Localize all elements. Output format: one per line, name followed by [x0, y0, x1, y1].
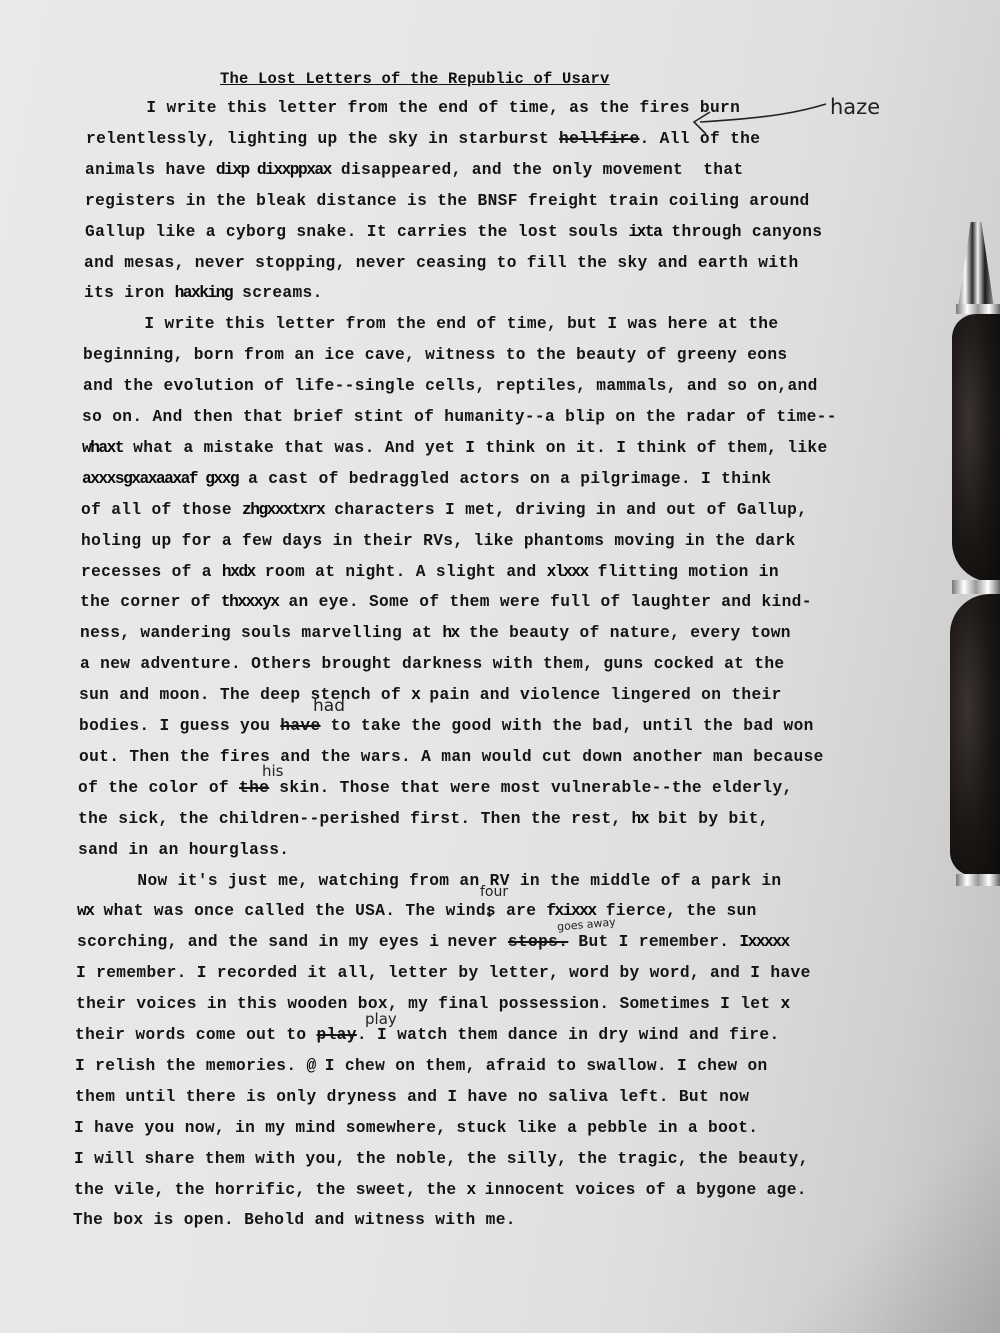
- handwritten-had: had: [313, 696, 345, 716]
- typed-text: . I watch them dance in dry wind and fir…: [357, 1026, 780, 1044]
- typed-text: the beauty of nature, every town: [459, 624, 791, 642]
- typed-text: so on. And then that brief stint of huma…: [82, 408, 837, 426]
- typed-line: The box is open. Behold and witness with…: [73, 1211, 516, 1229]
- typed-line: I have you now, in my mind somewhere, st…: [74, 1119, 758, 1137]
- typed-text: innocent voices of a bygone age.: [475, 1181, 807, 1199]
- struck-word: hellfire: [559, 130, 640, 148]
- typed-text: Now it's just me, watching from an RV in…: [77, 872, 782, 890]
- typed-text: their voices in this wooden box, my fina…: [76, 995, 781, 1013]
- typed-line: sun and moon. The deep stench of x pain …: [79, 686, 782, 704]
- handwritten-his: his: [262, 762, 284, 780]
- typed-text: holing up for a few days in their RVs, l…: [81, 532, 796, 550]
- typed-xout: hx: [442, 624, 458, 642]
- typewritten-letter: The Lost Letters of the Republic of Usar…: [0, 0, 1000, 1333]
- typed-line: out. Then the fires and the wars. A man …: [79, 748, 824, 766]
- typed-line: their words come out to play. I watch th…: [75, 1026, 780, 1044]
- struck-word: stops.: [508, 933, 568, 951]
- typed-line: sand in an hourglass.: [78, 841, 289, 859]
- typed-line: wx what was once called the USA. The win…: [77, 902, 757, 920]
- typed-text: and the evolution of life--single cells,…: [83, 377, 818, 395]
- typed-line: bodies. I guess you have to take the goo…: [79, 717, 814, 735]
- typed-text: of the color of: [78, 779, 239, 797]
- typed-line: relentlessly, lighting up the sky in sta…: [86, 130, 760, 148]
- struck-word: the: [239, 779, 269, 797]
- typed-text: the vile, the horrific, the sweet, the: [74, 1181, 467, 1199]
- struck-word: play: [317, 1026, 357, 1044]
- typed-text: and mesas, never stopping, never ceasing…: [84, 254, 799, 272]
- typed-line: animals have dixp dixxppxax disappeared,…: [85, 161, 743, 179]
- typed-text: sand in an hourglass.: [78, 841, 289, 859]
- typed-text: relentlessly, lighting up the sky in sta…: [86, 130, 559, 148]
- typed-xout: x: [467, 1181, 475, 1199]
- typed-line: and the evolution of life--single cells,…: [83, 377, 818, 395]
- typed-text: to take the good with the bad, until the…: [321, 717, 814, 735]
- typed-line: scorching, and the sand in my eyes i nev…: [77, 933, 789, 951]
- typed-text: disappeared, and the only movement that: [331, 161, 744, 179]
- typed-xout: xlxxx: [547, 563, 588, 581]
- typed-text: their words come out to: [75, 1026, 317, 1044]
- typed-text: the sick, the children--perished first. …: [78, 810, 632, 828]
- typed-line: them until there is only dryness and I h…: [75, 1088, 749, 1106]
- typed-text: its iron: [84, 284, 175, 302]
- typed-line: Now it's just me, watching from an RV in…: [77, 872, 782, 890]
- typed-text: bit by bit,: [648, 810, 769, 828]
- caret-down-icon: ↓: [484, 906, 495, 921]
- typed-xout: axxxsgxaxaaxaf gxxg: [82, 470, 238, 488]
- typed-text: I write this letter from the end of time…: [84, 315, 778, 333]
- typed-text: of all of those: [81, 501, 242, 519]
- typed-xout: wx: [77, 902, 93, 920]
- typed-line: I will share them with you, the noble, t…: [74, 1150, 809, 1168]
- pen-upper-barrel: [952, 314, 1000, 582]
- typed-text: room at night. A slight and: [255, 563, 547, 581]
- typed-xout: @: [306, 1057, 314, 1075]
- typed-text: a new adventure. Others brought darkness…: [80, 655, 785, 673]
- typed-line: Gallup like a cyborg snake. It carries t…: [85, 223, 822, 241]
- typed-xout: hx: [632, 810, 648, 828]
- typed-line: registers in the bleak distance is the B…: [85, 192, 810, 210]
- typed-text: through canyons: [661, 223, 822, 241]
- typed-xout: dixp dixxppxax: [216, 161, 331, 179]
- typed-text: fierce, the sun: [596, 902, 757, 920]
- typed-xout: zhgxxxtxrx: [242, 501, 324, 519]
- pen-tip: [958, 222, 994, 308]
- typed-line: whaxt what a mistake that was. And yet I…: [82, 439, 828, 457]
- typed-text: But I remember.: [568, 933, 739, 951]
- typed-text: ness, wandering souls marvelling at: [80, 624, 442, 642]
- typed-text: a cast of bedraggled actors on a pilgrim…: [238, 470, 771, 488]
- pen-ring-bottom: [956, 874, 1000, 886]
- typed-line: recesses of a hxdx room at night. A slig…: [81, 563, 779, 581]
- typed-text: I will share them with you, the noble, t…: [74, 1150, 809, 1168]
- typed-text: out. Then the fires and the wars. A man …: [79, 748, 824, 766]
- typed-xout: x: [781, 995, 789, 1013]
- typed-text: registers in the bleak distance is the B…: [85, 192, 810, 210]
- typed-line: I relish the memories. @ I chew on them,…: [75, 1057, 768, 1075]
- typed-text: bodies. I guess you: [79, 717, 280, 735]
- typed-line: beginning, born from an ice cave, witnes…: [83, 346, 788, 364]
- typed-text: Gallup like a cyborg snake. It carries t…: [85, 223, 628, 241]
- typed-text: the corner of: [80, 593, 221, 611]
- typed-text: what a mistake that was. And yet I think…: [123, 439, 828, 457]
- typed-line: axxxsgxaxaaxaf gxxg a cast of bedraggled…: [82, 470, 771, 488]
- typed-text: pain and violence lingered on their: [419, 686, 781, 704]
- pen-lower-barrel: [950, 594, 1000, 876]
- typed-text: them until there is only dryness and I h…: [75, 1088, 749, 1106]
- typed-line: their voices in this wooden box, my fina…: [76, 995, 789, 1013]
- typed-text: I chew on them, afraid to swallow. I che…: [315, 1057, 768, 1075]
- handwritten-play: play: [365, 1010, 397, 1028]
- typed-text: animals have: [85, 161, 216, 179]
- typed-text: never: [437, 933, 507, 951]
- typed-text: beginning, born from an ice cave, witnes…: [83, 346, 788, 364]
- typed-text: recesses of a: [81, 563, 222, 581]
- typed-line: so on. And then that brief stint of huma…: [82, 408, 837, 426]
- edit-arrow-icon: [680, 100, 830, 140]
- typed-line: the vile, the horrific, the sweet, the x…: [74, 1181, 807, 1199]
- typed-xout: thxxxyx: [221, 593, 279, 611]
- typed-text: sun and moon. The deep stench of: [79, 686, 411, 704]
- typed-text: I relish the memories.: [75, 1057, 306, 1075]
- typed-xout: ixta: [628, 223, 661, 241]
- typed-line: a new adventure. Others brought darkness…: [80, 655, 785, 673]
- typed-xout: haxking: [175, 284, 233, 302]
- handwritten-haze: haze: [830, 95, 880, 119]
- typed-text: an eye. Some of them were full of laught…: [278, 593, 811, 611]
- typed-text: I have you now, in my mind somewhere, st…: [74, 1119, 758, 1137]
- typed-xout: Ixxxxx: [739, 933, 788, 951]
- typed-line: of the color of the skin. Those that wer…: [78, 779, 793, 797]
- typed-line: I remember. I recorded it all, letter by…: [76, 964, 811, 982]
- typed-text: characters I met, driving in and out of …: [324, 501, 807, 519]
- wooden-pen: [938, 222, 1000, 892]
- typed-text: I remember. I recorded it all, letter by…: [76, 964, 811, 982]
- letter-title: The Lost Letters of the Republic of Usar…: [220, 70, 610, 88]
- handwritten-four: four: [480, 884, 508, 900]
- pen-center-band: [952, 580, 1000, 594]
- typed-text: The box is open. Behold and witness with…: [73, 1211, 516, 1229]
- typed-text: skin. Those that were most vulnerable--t…: [269, 779, 792, 797]
- typed-xout: hxdx: [222, 563, 255, 581]
- typed-line: of all of those zhgxxxtxrx characters I …: [81, 501, 807, 519]
- typed-text: scorching, and the sand in my eyes: [77, 933, 429, 951]
- typed-line: I write this letter from the end of time…: [84, 315, 778, 333]
- pen-ring-top: [956, 304, 1000, 314]
- typed-text: screams.: [232, 284, 323, 302]
- typed-line: I write this letter from the end of time…: [86, 99, 740, 117]
- typed-line: its iron haxking screams.: [84, 284, 323, 302]
- typed-line: and mesas, never stopping, never ceasing…: [84, 254, 799, 272]
- typed-line: the sick, the children--perished first. …: [78, 810, 769, 828]
- typed-text: I write this letter from the end of time…: [86, 99, 740, 117]
- typed-line: the corner of thxxxyx an eye. Some of th…: [80, 593, 812, 611]
- typed-text: what was once called the USA. The winds …: [93, 902, 546, 920]
- typed-xout: whaxt: [82, 439, 123, 457]
- struck-word: have: [280, 717, 320, 735]
- typed-text: flitting motion in: [588, 563, 779, 581]
- typed-line: ness, wandering souls marvelling at hx t…: [80, 624, 791, 642]
- typed-line: holing up for a few days in their RVs, l…: [81, 532, 796, 550]
